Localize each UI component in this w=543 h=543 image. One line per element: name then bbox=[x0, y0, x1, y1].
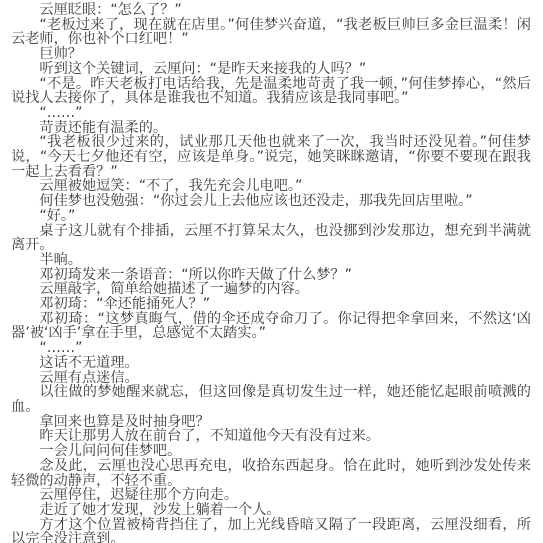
paragraph: “好。” bbox=[11, 209, 531, 224]
paragraph: “老板过来了，现在就在店里。”何佳梦兴奋道，“我老板巨帅巨多金巨温柔！闲云老师，… bbox=[11, 18, 531, 47]
paragraph: “……” bbox=[11, 106, 531, 121]
paragraph: “……” bbox=[11, 341, 531, 356]
paragraph: 邓初琦：“这梦真晦气，借的伞还成夺命刀了。你记得把伞拿回来，不然这‘凶器’被‘凶… bbox=[11, 312, 531, 341]
paragraph: 昨天让那男人放在前台了，不知道他今天有没有过来。 bbox=[11, 429, 531, 444]
paragraph: 云厘眨眼：“怎么了？” bbox=[11, 3, 531, 18]
paragraph: 邓初琦：“伞还能捅死人？” bbox=[11, 297, 531, 312]
paragraph: “不是。昨天老板打电话给我，先是温柔地苛责了我一顿，”何佳梦捧心，“然后说找人去… bbox=[11, 77, 531, 106]
paragraph: 念及此，云厘也没心思再充电，收拾东西起身。恰在此时，她听到沙发处传来轻微的动静声… bbox=[11, 459, 531, 488]
paragraph: 云厘停住，迟疑往那个方向走。 bbox=[11, 488, 531, 503]
paragraph: 方才这个位置被椅背挡住了，加上光线昏暗又隔了一段距离，云厘没细看，所以完全没注意… bbox=[11, 518, 531, 543]
paragraph: 听到这个关键词，云厘问：“是昨天来接我的人吗？” bbox=[11, 62, 531, 77]
paragraph: 何佳梦也没勉强：“你过会儿上去他应该也还没走，那我先回店里啦。” bbox=[11, 194, 531, 209]
paragraph: 桌子这儿就有个排插，云厘不打算呆太久，也没挪到沙发那边，想充到半满就离开。 bbox=[11, 224, 531, 253]
paragraph: 以往做的梦她醒来就忘，但这回像是真切发生过一样，她还能忆起眼前喷溅的血。 bbox=[11, 385, 531, 414]
paragraph: 云厘敲字，简单给她描述了一遍梦的内容。 bbox=[11, 282, 531, 297]
novel-text-page: 云厘眨眼：“怎么了？” “老板过来了，现在就在店里。”何佳梦兴奋道，“我老板巨帅… bbox=[0, 0, 543, 543]
paragraph: 走近了她才发现，沙发上躺着一个人。 bbox=[11, 503, 531, 518]
paragraph: 半晌。 bbox=[11, 253, 531, 268]
paragraph: 云厘被她逗笑：“不了，我先充会儿电吧。” bbox=[11, 179, 531, 194]
paragraph: “我老板很少过来的，试业那几天他也就来了一次，我当时还没见着。”何佳梦说，“今天… bbox=[11, 135, 531, 179]
paragraph: 一会儿问问何佳梦吧。 bbox=[11, 444, 531, 459]
paragraph: 这话不无道理。 bbox=[11, 356, 531, 371]
paragraph: 巨帅？ bbox=[11, 47, 531, 62]
